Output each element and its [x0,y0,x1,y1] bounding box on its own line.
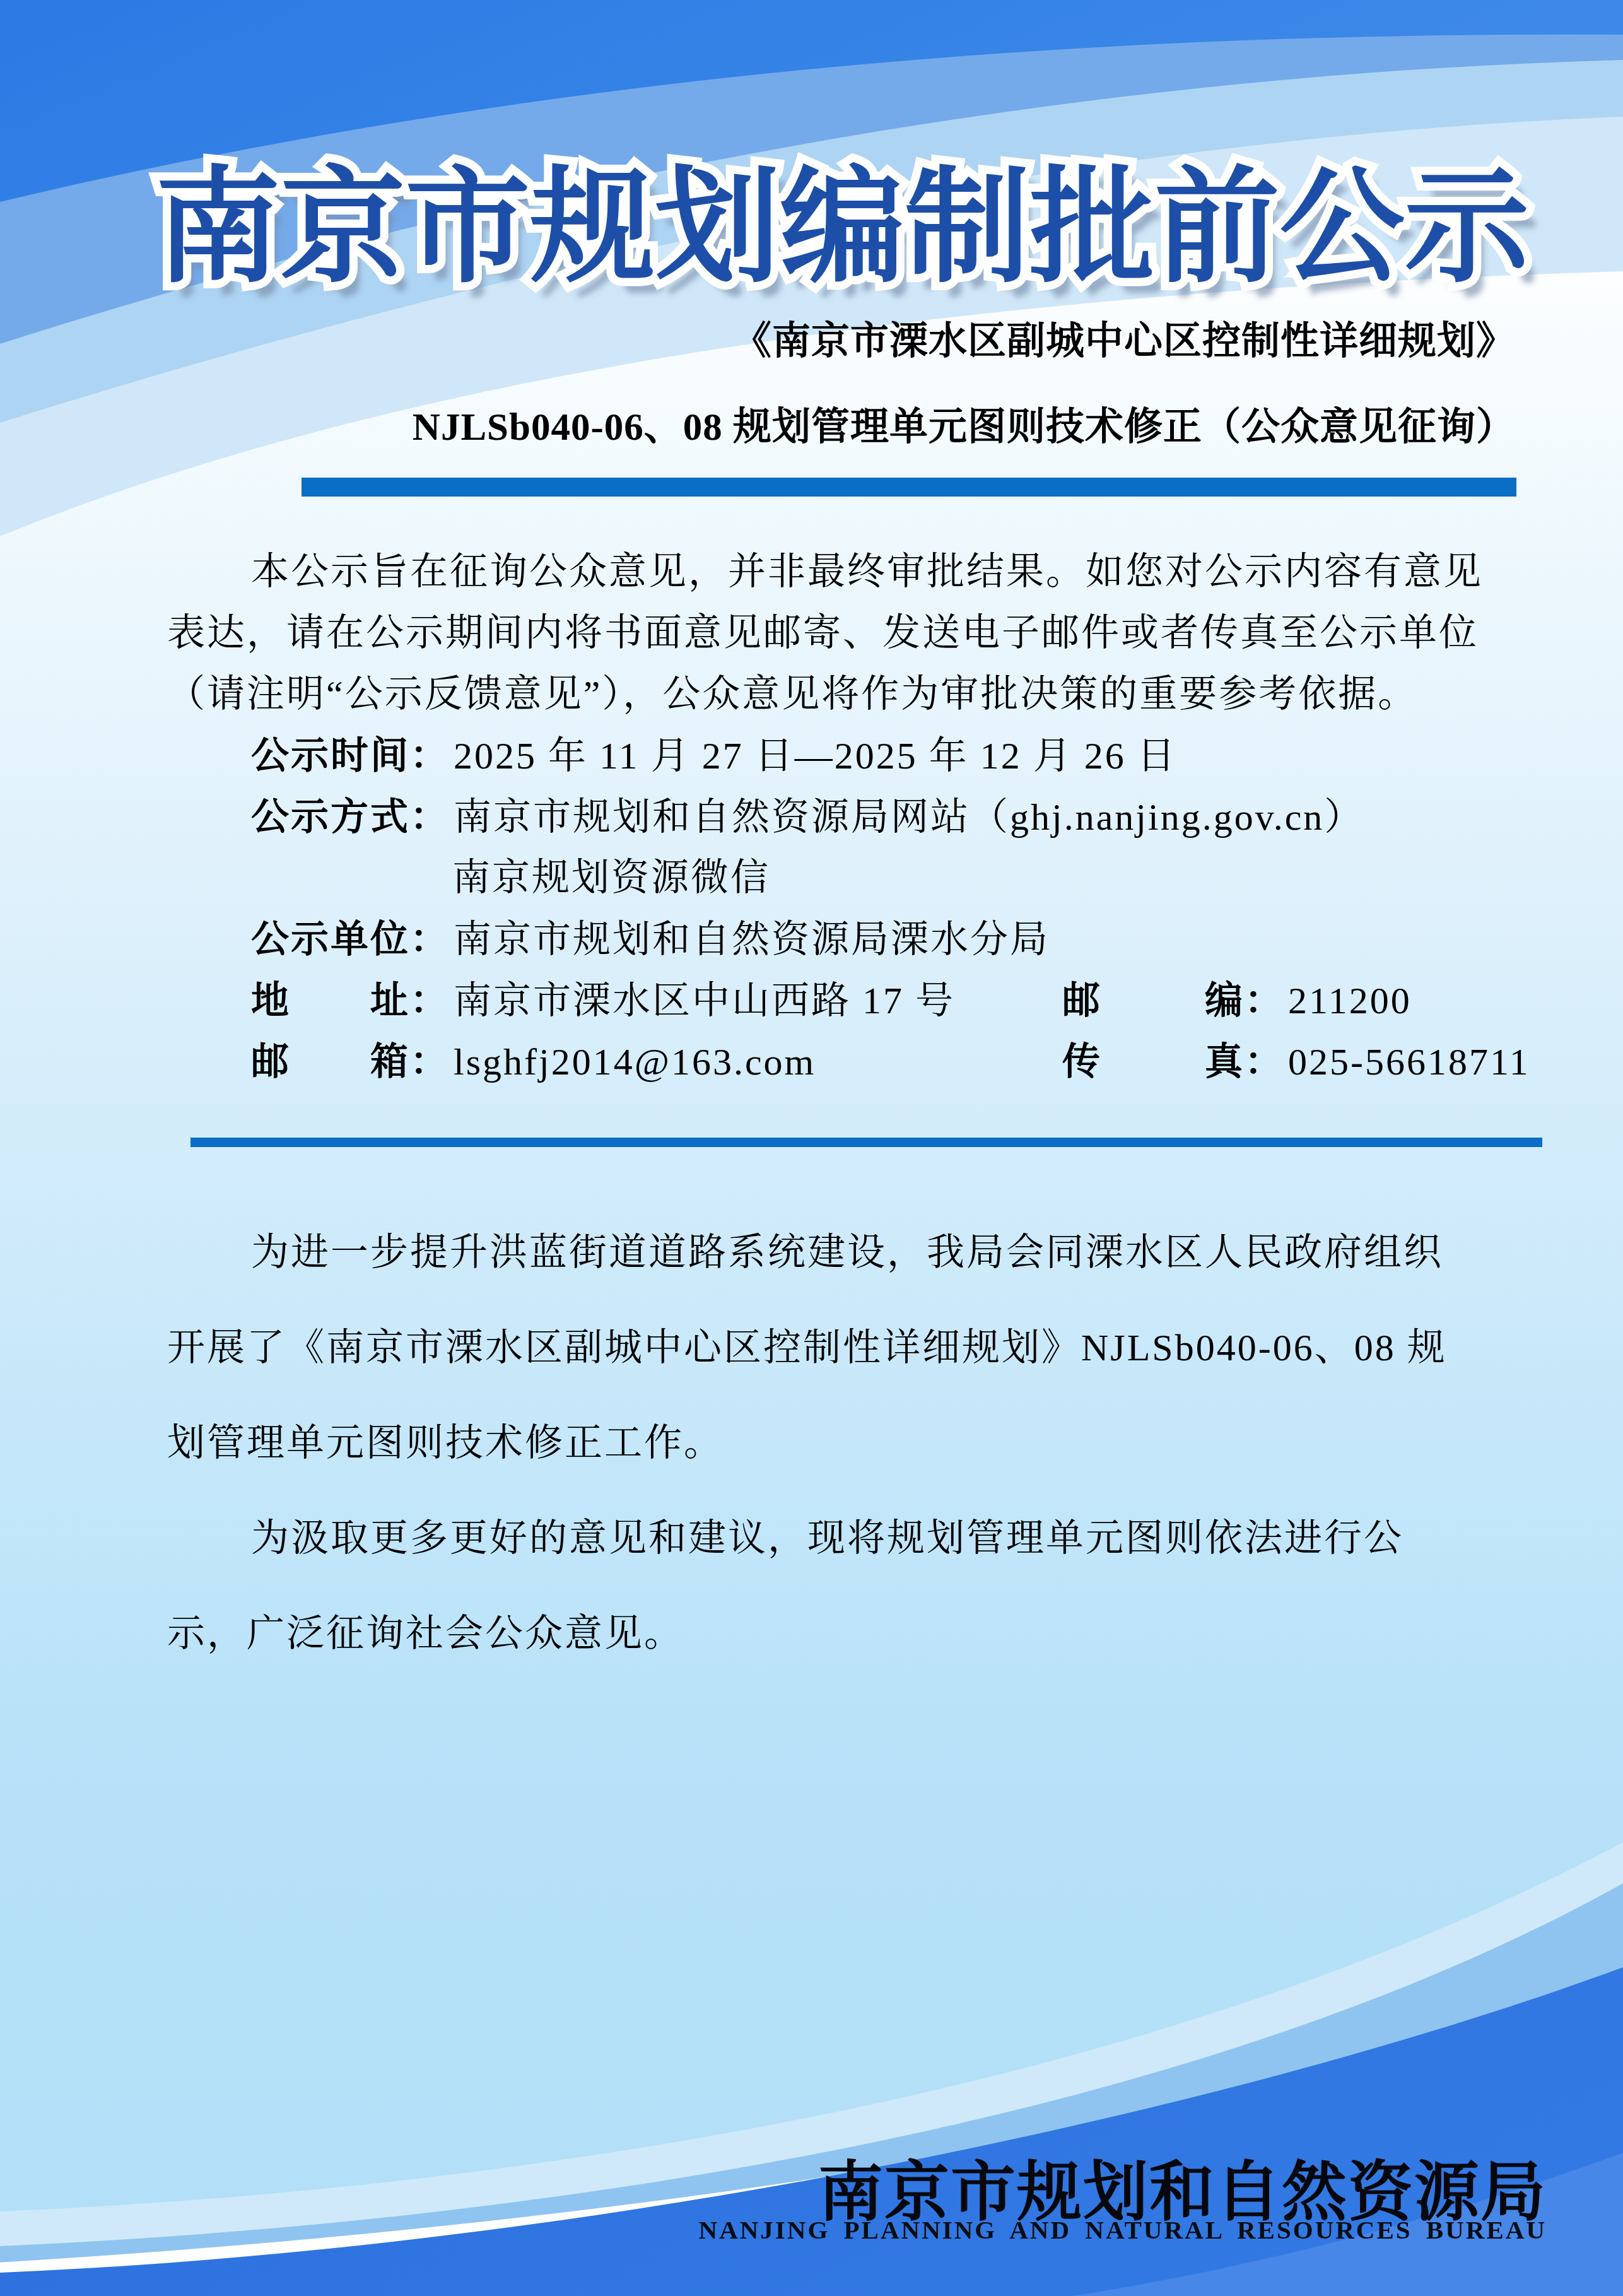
email-fax-row: 邮箱：lsghfj2014@163.com 传真：025-56618711 [167,1031,1542,1092]
publicity-method-row: 公示方式：南京市规划和自然资源局网站（ghj.nanjing.gov.cn） [167,786,1542,847]
email-value: lsghfj2014@163.com [454,1041,816,1083]
explanation-paragraphs: 为进一步提升洪蓝街道道路系统建设，我局会同溧水区人民政府组织 开展了《南京市溧水… [167,1205,1542,1681]
email-label: 邮箱 [251,1031,410,1092]
colon: ： [410,979,450,1021]
publicity-time-value: 2025 年 11 月 27 日—2025 年 12 月 26 日 [454,735,1177,777]
divider-bar [190,1138,1542,1147]
postcode-value: 211200 [1288,980,1412,1021]
publicity-method-wechat-row: 南京规划资源微信 [167,847,1542,909]
publicity-time-row: 公示时间：2025 年 11 月 27 日—2025 年 12 月 26 日 [167,725,1542,786]
postcode-group: 邮编：211200 [1062,970,1412,1032]
address-label-char: 地 [251,970,291,1031]
paragraph-line: 开展了《南京市溧水区副城中心区控制性详细规划》NJLSb040-06、08 规 [167,1300,1542,1396]
announcement-poster: 南京市规划编制批前公示 《南京市溧水区副城中心区控制性详细规划》 NJLSb04… [0,0,1623,2296]
fax-label: 传真 [1062,1031,1245,1092]
address-label: 地址 [251,970,410,1031]
postcode-label: 邮编 [1062,970,1245,1031]
colon: ： [1245,979,1284,1021]
publicity-method-wechat: 南京规划资源微信 [452,857,770,898]
intro-line: （请注明“公示反馈意见”），公众意见将作为审批决策的重要参考依据。 [167,664,1542,725]
address-label-char: 址 [370,970,410,1031]
colon: ： [410,734,450,777]
paragraph-line: 为进一步提升洪蓝街道道路系统建设，我局会同溧水区人民政府组织 [167,1205,1542,1300]
colon: ： [410,918,450,960]
address-postcode-row: 地址：南京市溧水区中山西路 17 号 邮编：211200 [167,970,1542,1031]
paragraph-line: 为汲取更多更好的意见和建议，现将规划管理单元图则依法进行公 [167,1491,1542,1586]
intro-line: 表达，请在公示期间内将书面意见邮寄、发送电子邮件或者传真至公示单位 [167,603,1542,664]
publicity-method-website: 南京市规划和自然资源局网站（ghj.nanjing.gov.cn） [454,796,1364,838]
notice-body: 本公示旨在征询公众意见，并非最终审批结果。如您对公示内容有意见 表达，请在公示期… [167,541,1542,1092]
page-title: 南京市规划编制批前公示 [31,126,1623,306]
email-label-char: 邮 [251,1031,291,1092]
postcode-label-char: 编 [1205,970,1245,1031]
fax-label-char: 真 [1205,1031,1245,1092]
publicity-method-label: 公示方式 [251,786,410,847]
postcode-label-char: 邮 [1062,970,1102,1031]
publicity-unit-label: 公示单位 [251,909,410,970]
fax-value: 025-56618711 [1288,1041,1530,1083]
paragraph-line: 示，广泛征询社会公众意见。 [167,1586,1542,1681]
colon: ： [410,1040,450,1083]
plan-name-subtitle: 《南京市溧水区副城中心区控制性详细规划》 [733,310,1515,365]
colon: ： [410,796,450,838]
colon: ： [1245,1040,1284,1083]
fax-label-char: 传 [1062,1031,1102,1092]
publicity-unit-row: 公示单位：南京市规划和自然资源局溧水分局 [167,909,1542,970]
fax-group: 传真：025-56618711 [1062,1031,1530,1093]
page-title-text: 南京市规划编制批前公示 [156,126,1530,306]
address-value: 南京市溧水区中山西路 17 号 [454,980,955,1021]
intro-line: 本公示旨在征询公众意见，并非最终审批结果。如您对公示内容有意见 [167,541,1542,603]
email-label-char: 箱 [370,1031,410,1092]
publicity-time-label: 公示时间 [251,725,410,786]
accent-bar-top [302,478,1516,497]
paragraph-line: 划管理单元图则技术修正工作。 [167,1396,1542,1491]
bureau-name-english: NANJING PLANNING AND NATURAL RESOURCES B… [699,2215,1547,2245]
publicity-unit-value: 南京市规划和自然资源局溧水分局 [454,919,1050,960]
revision-subtitle: NJLSb040-06、08 规划管理单元图则技术修正（公众意见征询） [413,396,1515,451]
